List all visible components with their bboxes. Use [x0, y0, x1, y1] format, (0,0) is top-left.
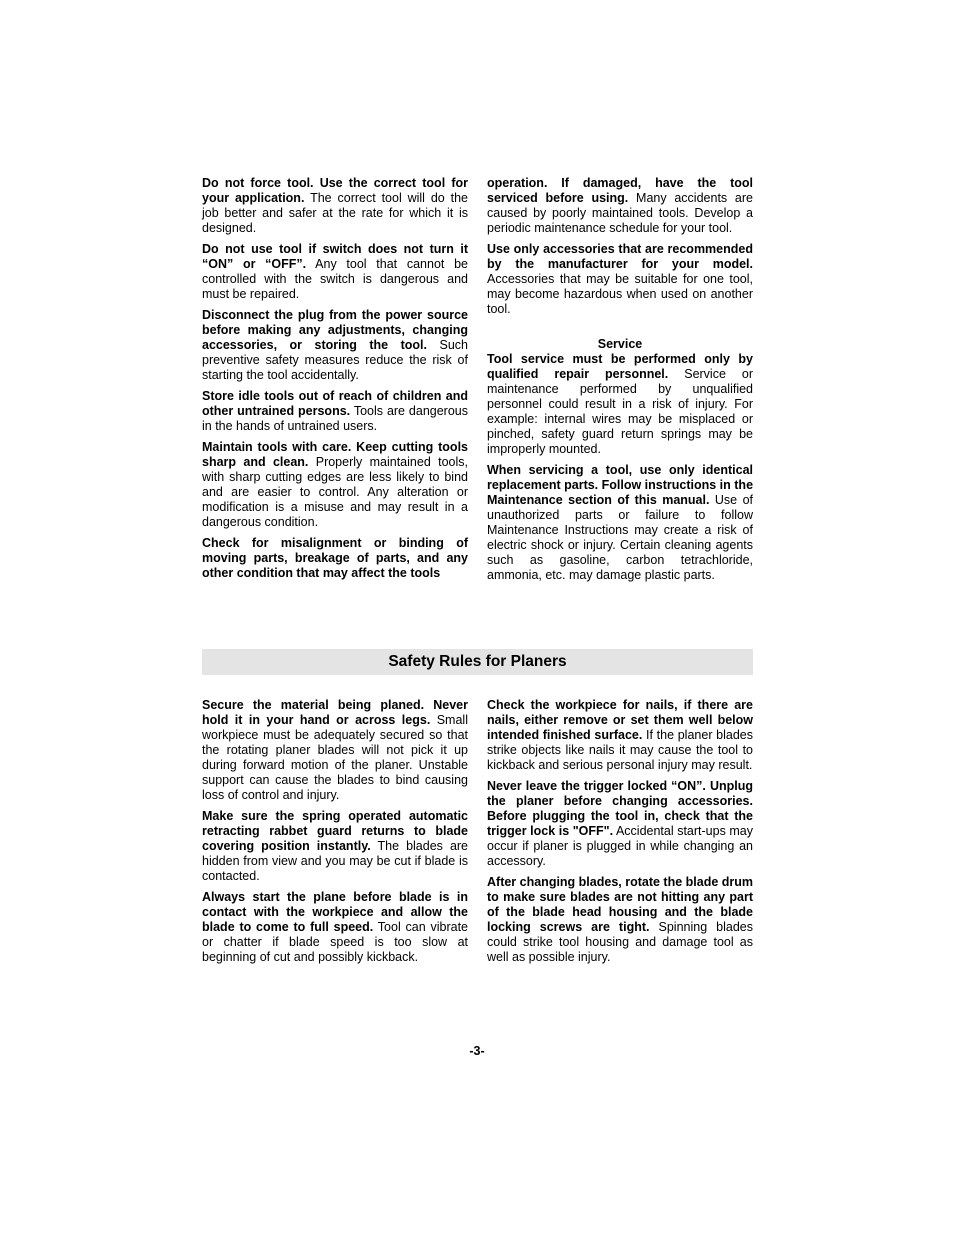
safety-paragraph: Maintain tools with care. Keep cutting t…	[202, 440, 468, 530]
paragraph-lead-bold: Disconnect the plug from the power sourc…	[202, 308, 468, 352]
safety-paragraph: Disconnect the plug from the power sourc…	[202, 308, 468, 383]
service-heading: Service	[487, 337, 753, 352]
paragraph-lead-bold: Secure the material being planed. Never …	[202, 698, 468, 727]
general-safety-section: Do not force tool. Use the correct tool …	[202, 176, 753, 589]
paragraph-body-text: Accessories that may be suitable for one…	[487, 272, 753, 316]
paragraph-lead-bold: Use only accessories that are recommende…	[487, 242, 753, 271]
safety-paragraph: Do not force tool. Use the correct tool …	[202, 176, 468, 236]
safety-paragraph: After changing blades, rotate the blade …	[487, 875, 753, 965]
planer-safety-right-column: Check the workpiece for nails, if there …	[487, 698, 753, 971]
general-safety-left-column: Do not force tool. Use the correct tool …	[202, 176, 468, 589]
safety-paragraph: Check for misalignment or binding of mov…	[202, 536, 468, 581]
safety-paragraph: Do not use tool if switch does not turn …	[202, 242, 468, 302]
planer-section-title-banner: Safety Rules for Planers	[202, 649, 753, 675]
paragraph-lead-bold: When servicing a tool, use only identica…	[487, 463, 753, 507]
safety-paragraph: Tool service must be performed only by q…	[487, 352, 753, 457]
safety-paragraph: operation. If damaged, have the tool ser…	[487, 176, 753, 236]
safety-paragraph: Never leave the trigger locked “ON”. Unp…	[487, 779, 753, 869]
paragraph-lead-bold: Check for misalignment or binding of mov…	[202, 536, 468, 580]
safety-paragraph: When servicing a tool, use only identica…	[487, 463, 753, 583]
safety-paragraph: Always start the plane before blade is i…	[202, 890, 468, 965]
safety-paragraph: Make sure the spring operated automatic …	[202, 809, 468, 884]
general-safety-right-column: operation. If damaged, have the tool ser…	[487, 176, 753, 589]
planer-safety-left-column: Secure the material being planed. Never …	[202, 698, 468, 971]
page-number: -3-	[0, 1044, 954, 1058]
safety-paragraph: Check the workpiece for nails, if there …	[487, 698, 753, 773]
safety-paragraph: Use only accessories that are recommende…	[487, 242, 753, 317]
safety-paragraph: Store idle tools out of reach of childre…	[202, 389, 468, 434]
planer-safety-section: Secure the material being planed. Never …	[202, 698, 753, 971]
document-page-content: Do not force tool. Use the correct tool …	[202, 176, 753, 971]
safety-paragraph: Secure the material being planed. Never …	[202, 698, 468, 803]
